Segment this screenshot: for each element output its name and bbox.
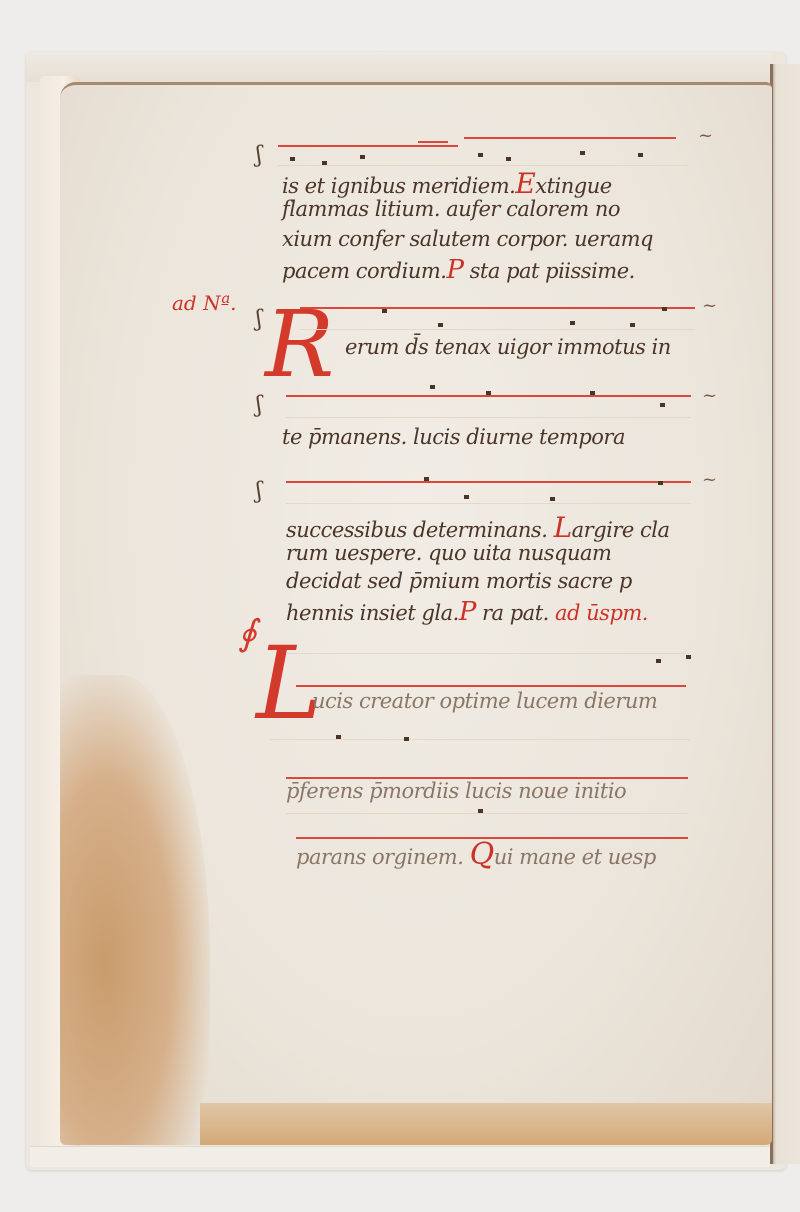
neume [430,385,435,389]
text-line: parans orginem. Qui mane et uesp [296,837,656,872]
neume [630,323,635,327]
neume [638,153,643,157]
clef-mark: ʃ [256,143,262,168]
neume [478,809,483,813]
red-staff-line [418,141,448,143]
neume [424,477,429,481]
neume [506,157,511,161]
text-line: erum d̄s tenax uigor immotus in [345,335,671,359]
custos: ~ [698,125,713,146]
neume [478,153,483,157]
drypoint-staff-line [286,813,688,814]
manuscript-page: ʃ ~ is et ignibus meridiem.Extingue flam… [60,82,772,1145]
neume [660,403,665,407]
binding-bottom-edge [30,1146,770,1167]
drypoint-staff-line [286,417,691,418]
binding-top-edge [26,52,771,82]
initial-L: L [256,625,322,742]
drypoint-staff-line [270,739,690,740]
neume [570,321,575,325]
neume [550,497,555,501]
text-line: pacem cordium.P sta pat piissime. [282,255,635,285]
red-staff-line [464,137,676,139]
text-line: ucis creator optime lucem dierum [312,689,657,713]
text-line: flammas litium. aufer calorem no [282,197,620,221]
text-line: p̄ferens p̄mordiis lucis noue initio [286,779,626,803]
red-staff-line [286,481,691,483]
neume [360,155,365,159]
neume [486,391,491,395]
neume [580,151,585,155]
neume [590,391,595,395]
initial-L-flourish: ∮ [238,613,257,654]
rubric-ad-nonam: ad Nª. [172,291,236,315]
text-line: rum uespere. quo uita nusquam [286,541,611,565]
drypoint-staff-line [300,329,695,330]
drypoint-staff-line [278,165,688,166]
neume [464,495,469,499]
text-line: hennis insiet gla.P ra pat. ad ūspm. [286,597,648,627]
clef-mark: ʃ [256,479,262,504]
neume [658,481,663,485]
clef-mark: ʃ [256,307,262,332]
neume [322,161,327,165]
neume [404,737,409,741]
text-line: is et ignibus meridiem.Extingue [282,167,612,200]
text-line: te p̄manens. lucis diurne tempora [282,425,625,449]
facing-leaf-edge [770,64,800,1164]
clef-mark: ʃ [256,393,262,418]
red-staff-line [296,685,686,687]
red-staff-line [286,395,691,397]
neume [662,307,667,311]
water-stain-left [60,675,210,1145]
custos: ~ [702,469,717,490]
neume [656,659,661,663]
drypoint-staff-line [286,653,686,654]
drypoint-staff-line [286,503,691,504]
text-line: decidat sed p̄mium mortis sacre p [286,569,632,593]
neume [438,323,443,327]
text-line: xium confer salutem corpor. ueramq [282,227,653,251]
red-staff-line [278,145,458,147]
custos: ~ [702,295,717,316]
initial-Q: Q [470,837,494,872]
custos: ~ [702,385,717,406]
neume [382,309,387,313]
red-staff-line [300,307,695,309]
neume [290,157,295,161]
water-stain-bottom [200,1103,772,1145]
text-line: successibus determinans. Largire cla [286,511,670,544]
neume [686,655,691,659]
neume [336,735,341,739]
